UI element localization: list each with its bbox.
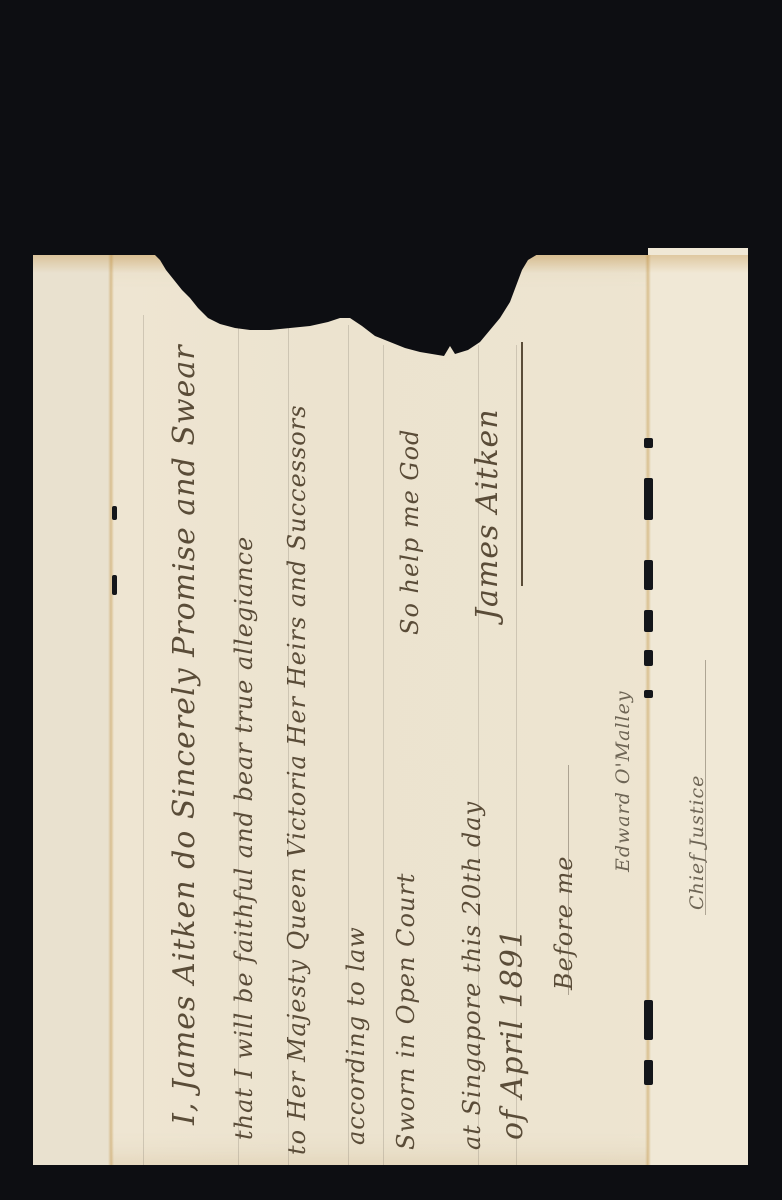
jurat-line-1: Sworn in Open Court: [392, 873, 420, 1150]
oath-line-4: according to law: [342, 926, 370, 1145]
binding-hole: [644, 690, 653, 698]
jurat-line-3: of April 1891: [495, 928, 530, 1140]
deponent-signature: James Aitken: [470, 408, 505, 620]
binding-hole: [644, 1060, 653, 1085]
torn-edge: [150, 250, 540, 360]
ruled-line: [705, 660, 706, 915]
oath-line-3: to Her Majesty Queen Victoria Her Heirs …: [283, 404, 311, 1155]
jurat-line-4: Before me: [550, 856, 578, 990]
ruled-line: [143, 315, 144, 1165]
binding-hole: [644, 560, 653, 590]
signature-underline: [521, 342, 523, 586]
oath-line-2: that I will be faithful and bear true al…: [230, 536, 258, 1140]
left-fold-crease: [108, 255, 114, 1165]
ruled-line: [383, 345, 384, 1165]
binding-hole: [112, 575, 117, 595]
binding-hole: [644, 1000, 653, 1040]
oath-line-1: I, James Aitken do Sincerely Promise and…: [167, 344, 202, 1125]
binding-hole: [644, 438, 653, 448]
binding-hole: [644, 650, 653, 666]
right-fold-panel: [648, 248, 748, 1165]
binding-hole: [112, 506, 117, 520]
binding-hole: [644, 478, 653, 520]
left-fold-panel: [33, 255, 111, 1165]
ruled-line: [568, 765, 569, 995]
jurat-line-2: at Singapore this 20th day: [458, 801, 486, 1150]
judge-signature: Edward O'Malley: [612, 690, 634, 872]
binding-hole: [644, 610, 653, 632]
oath-prayer: So help me God: [396, 429, 424, 635]
document-sheet: [33, 255, 748, 1165]
